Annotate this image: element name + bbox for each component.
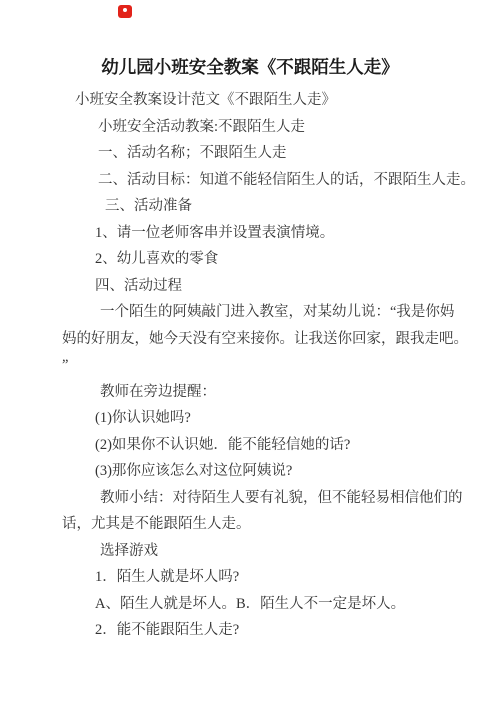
doc-line: 一、活动名称；不跟陌生人走	[62, 140, 438, 167]
doc-line: 话，尤其是不能跟陌生人走。	[62, 511, 438, 538]
doc-line: 四、活动过程	[62, 273, 438, 300]
document-page: 幼儿园小班安全教案《不跟陌生人走》 小班安全教案设计范文《不跟陌生人走》 小班安…	[0, 0, 500, 708]
doc-line: 小班安全教案设计范文《不跟陌生人走》	[62, 87, 438, 114]
doc-line: 一个陌生的阿姨敲门进入教室，对某幼儿说：“我是你妈	[62, 299, 438, 326]
doc-line: 2、幼儿喜欢的零食	[62, 246, 438, 273]
doc-line: 选择游戏	[62, 538, 438, 565]
doc-line: A、陌生人就是坏人。B．陌生人不一定是坏人。	[62, 591, 438, 618]
doc-line: 妈的好朋友，她今天没有空来接你。让我送你回家，跟我走吧。	[62, 326, 438, 353]
doc-line: 教师在旁边提醒：	[62, 379, 438, 406]
doc-line: 小班安全活动教案:不跟陌生人走	[62, 114, 438, 141]
doc-line: 1、请一位老师客串并设置表演情境。	[62, 220, 438, 247]
doc-line: (3)那你应该怎么对这位阿姨说?	[62, 458, 438, 485]
red-badge-icon	[118, 5, 132, 18]
doc-line: (1)你认识她吗?	[62, 405, 438, 432]
doc-line: (2)如果你不认识她．能不能轻信她的话?	[62, 432, 438, 459]
doc-line: ”	[62, 352, 438, 379]
doc-line: 教师小结：对待陌生人要有礼貌，但不能轻易相信他们的	[62, 485, 438, 512]
doc-line: 三、活动准备	[62, 193, 438, 220]
doc-line: 2．能不能跟陌生人走?	[62, 617, 438, 644]
document-title: 幼儿园小班安全教案《不跟陌生人走》	[62, 54, 438, 80]
doc-line: 1．陌生人就是坏人吗?	[62, 564, 438, 591]
doc-line: 二、活动目标：知道不能轻信陌生人的话，不跟陌生人走。	[62, 167, 438, 194]
